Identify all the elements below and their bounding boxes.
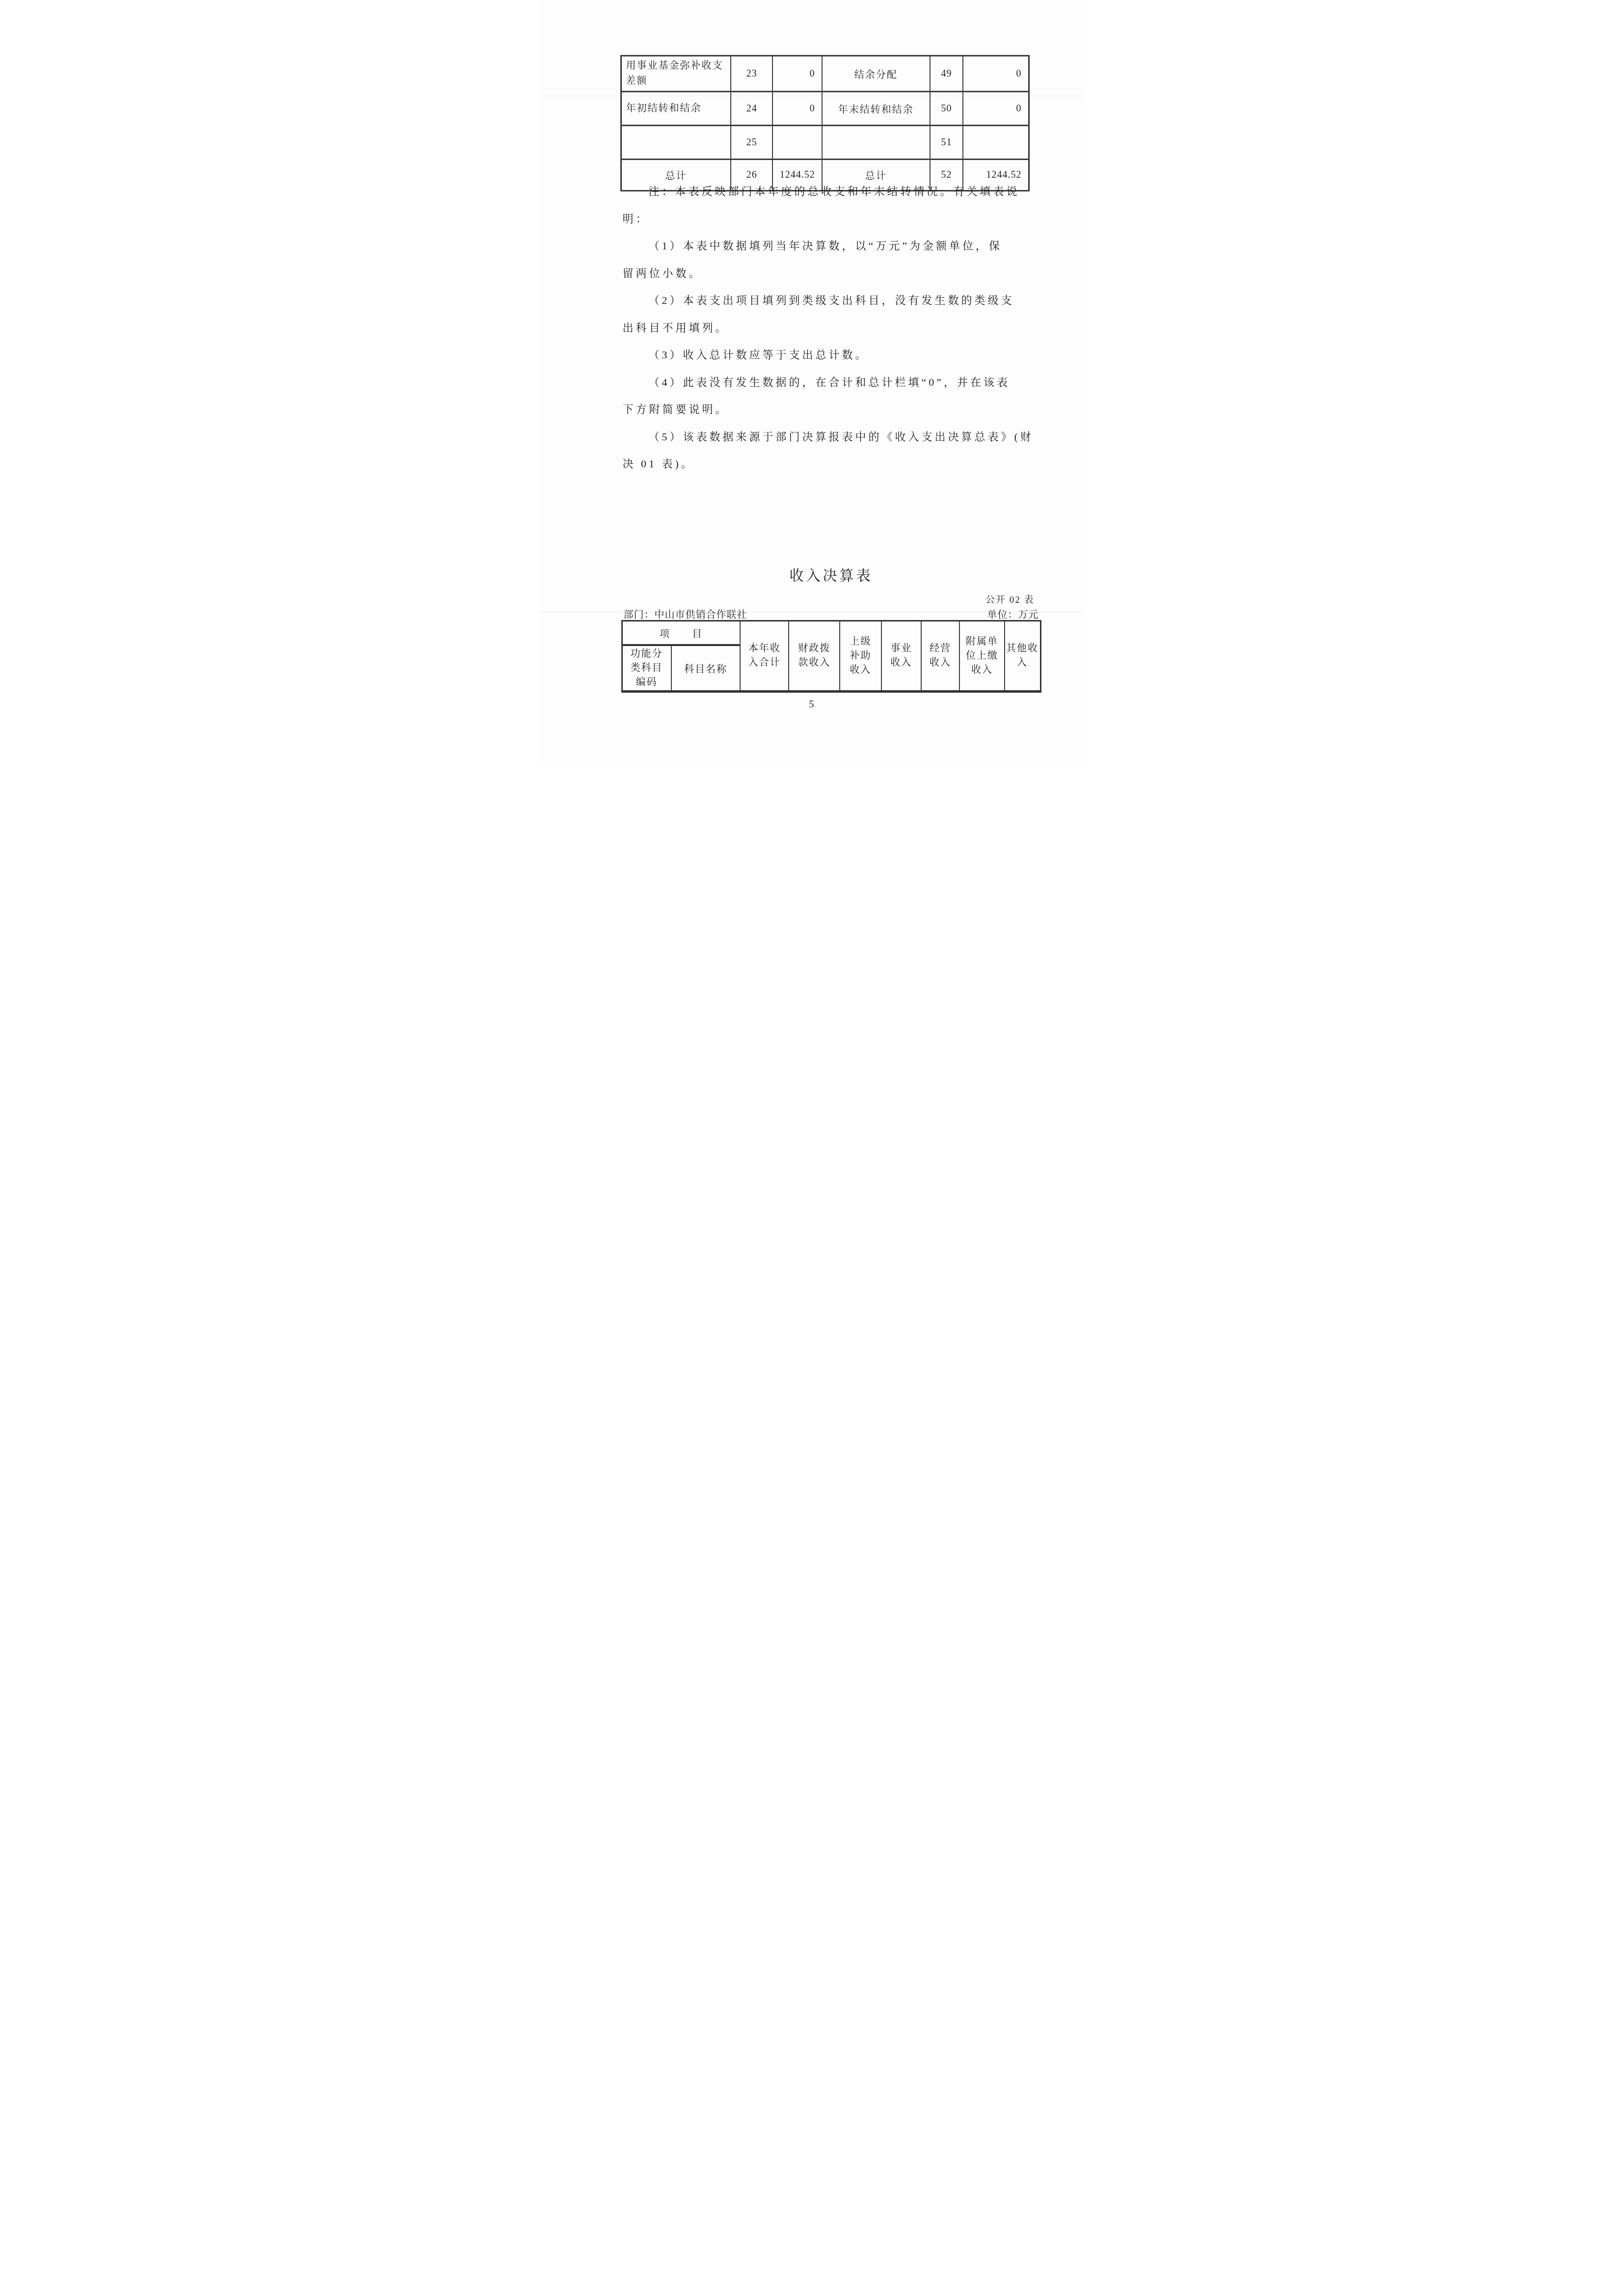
- item-label: 结余分配: [822, 56, 930, 92]
- amount-value: [963, 126, 1029, 160]
- header-superior-subsidy-income: 上级补助收入: [840, 621, 881, 692]
- note-line: 出科目不用填列。: [623, 314, 1038, 342]
- header-operating-income: 经营收入: [921, 621, 959, 692]
- document-page: 用事业基金弥补收支差额 23 0 结余分配 49 0 年初结转和结余 24 0 …: [541, 0, 1082, 765]
- table-row: 用事业基金弥补收支差额 23 0 结余分配 49 0: [621, 56, 1029, 92]
- header-func-code: 功能分类科目编码: [622, 645, 671, 692]
- amount-value: 0: [963, 56, 1029, 92]
- note-line: 决 01 表)。: [623, 450, 1038, 478]
- department-label: 部门：中山市供销合作联社: [624, 607, 747, 621]
- item-label: 用事业基金弥补收支差额: [621, 56, 731, 92]
- table-row: 25 51: [621, 126, 1029, 160]
- header-business-income: 事业收入: [881, 621, 921, 692]
- note-line: （4）此表没有发生数据的，在合计和总计栏填“0”，并在该表: [623, 369, 1038, 396]
- note-line: 留两位小数。: [623, 260, 1038, 287]
- income-table-title: 收入决算表: [621, 565, 1041, 585]
- note-line: 注：本表反映部门本年度的总收支和年末结转情况。有关填表说: [623, 178, 1038, 205]
- note-line: 明：: [623, 205, 1038, 233]
- unit-label: 单位：万元: [987, 607, 1039, 621]
- item-label: 年末结转和结余: [822, 92, 930, 126]
- header-item-group: 项 目: [622, 621, 740, 646]
- note-line: （5）该表数据来源于部门决算报表中的《收入支出决算总表》(财: [623, 423, 1038, 451]
- income-table-header: 项 目 本年收入合计 财政拨款收入 上级补助收入 事业收入 经营收入 附属单位上…: [621, 620, 1041, 693]
- header-subject-name: 科目名称: [671, 645, 741, 692]
- note-line: （2）本表支出项目填列到类级支出科目，没有发生数的类级支: [623, 287, 1038, 314]
- line-code: 23: [731, 56, 772, 92]
- amount-value: 0: [963, 92, 1029, 126]
- item-label: 年初结转和结余: [621, 92, 731, 126]
- table-row: 年初结转和结余 24 0 年末结转和结余 50 0: [621, 92, 1029, 126]
- line-code: 50: [930, 92, 963, 126]
- amount-value: 0: [772, 56, 822, 92]
- line-code: 51: [930, 126, 963, 160]
- note-line: （3）收入总计数应等于支出总计数。: [623, 341, 1038, 369]
- carryover-summary-table: 用事业基金弥补收支差额 23 0 结余分配 49 0 年初结转和结余 24 0 …: [620, 55, 1030, 191]
- notes-block: 注：本表反映部门本年度的总收支和年末结转情况。有关填表说 明： （1）本表中数据…: [623, 178, 1038, 478]
- page-number: 5: [541, 699, 1082, 710]
- line-code: 24: [731, 92, 772, 126]
- form-tag-label: 公开 02 表: [985, 593, 1035, 606]
- amount-value: [772, 126, 822, 160]
- amount-value: 0: [772, 92, 822, 126]
- header-affiliated-unit-income: 附属单位上缴收入: [959, 621, 1004, 692]
- header-row-item: 项 目 本年收入合计 财政拨款收入 上级补助收入 事业收入 经营收入 附属单位上…: [622, 621, 1040, 646]
- line-code: 25: [731, 126, 772, 160]
- header-total-income: 本年收入合计: [740, 621, 789, 692]
- header-other-income: 其他收入: [1005, 621, 1040, 692]
- header-fiscal-appropriation-income: 财政拨款收入: [789, 621, 840, 692]
- item-label: [822, 126, 930, 160]
- line-code: 49: [930, 56, 963, 92]
- note-line: （1）本表中数据填列当年决算数，以“万元”为金额单位，保: [623, 232, 1038, 260]
- note-line: 下方附简要说明。: [623, 396, 1038, 423]
- item-label: [621, 126, 731, 160]
